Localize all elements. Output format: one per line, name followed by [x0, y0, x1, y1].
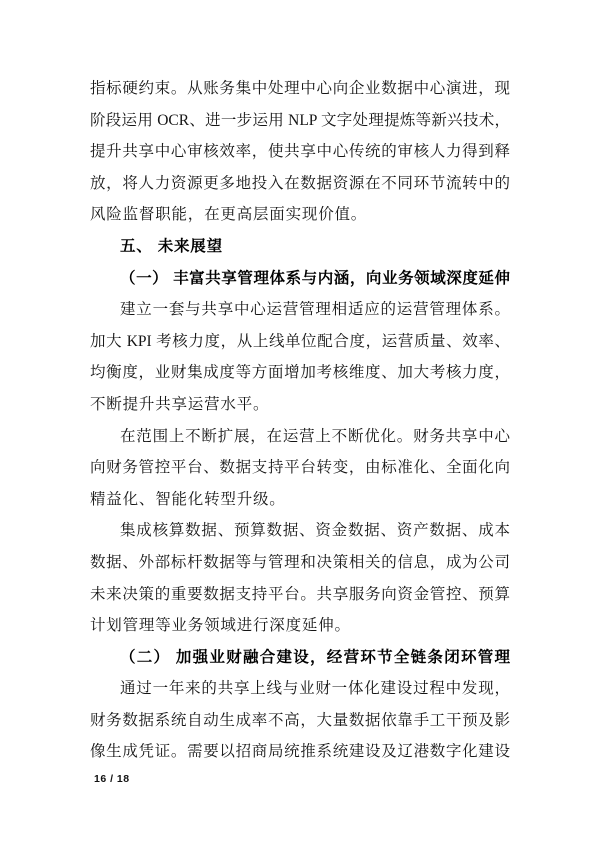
- body-text-line: 提升共享中心审核效率，使共享中心传统的审核人力得到释: [90, 136, 510, 168]
- body-text-line: 均衡度，业财集成度等方面增加考核维度、加大考核力度，: [90, 357, 510, 389]
- heading-line: 五、 未来展望: [90, 231, 510, 263]
- body-text-line: 财务数据系统自动生成率不高，大量数据依靠手工干预及影: [90, 705, 510, 737]
- heading-line: （二） 加强业财融合建设，经营环节全链条闭环管理: [90, 642, 510, 674]
- body-text-line: 阶段运用 OCR、进一步运用 NLP 文字处理提炼等新兴技术，: [90, 105, 510, 137]
- document-text-block: 指标硬约束。从账务集中处理中心向企业数据中心演进，现阶段运用 OCR、进一步运用…: [90, 73, 510, 768]
- body-text-line: 数据、外部标杆数据等与管理和决策相关的信息，成为公司: [90, 547, 510, 579]
- body-text-line: 不断提升共享运营水平。: [90, 389, 510, 421]
- body-text-line: 指标硬约束。从账务集中处理中心向企业数据中心演进，现: [90, 73, 510, 105]
- document-page: 指标硬约束。从账务集中处理中心向企业数据中心演进，现阶段运用 OCR、进一步运用…: [0, 0, 600, 848]
- body-text-line: 集成核算数据、预算数据、资金数据、资产数据、成本: [90, 515, 510, 547]
- body-text-line: 向财务管控平台、数据支持平台转变，由标准化、全面化向: [90, 452, 510, 484]
- page-number: 16 / 18: [94, 772, 130, 786]
- body-text-line: 建立一套与共享中心运营管理相适应的运营管理体系。: [90, 294, 510, 326]
- heading-line: （一） 丰富共享管理体系与内涵，向业务领域深度延伸: [90, 263, 510, 295]
- body-text-line: 在范围上不断扩展，在运营上不断优化。财务共享中心: [90, 421, 510, 453]
- body-text-line: 计划管理等业务领域进行深度延伸。: [90, 610, 510, 642]
- body-text-line: 未来决策的重要数据支持平台。共享服务向资金管控、预算: [90, 579, 510, 611]
- body-text-line: 放，将人力资源更多地投入在数据资源在不同环节流转中的: [90, 168, 510, 200]
- body-text-line: 风险监督职能，在更高层面实现价值。: [90, 199, 510, 231]
- body-text-line: 通过一年来的共享上线与业财一体化建设过程中发现，: [90, 673, 510, 705]
- body-text-line: 精益化、智能化转型升级。: [90, 484, 510, 516]
- body-text-line: 像生成凭证。需要以招商局统推系统建设及辽港数字化建设: [90, 736, 510, 768]
- body-text-line: 加大 KPI 考核力度，从上线单位配合度，运营质量、效率、: [90, 326, 510, 358]
